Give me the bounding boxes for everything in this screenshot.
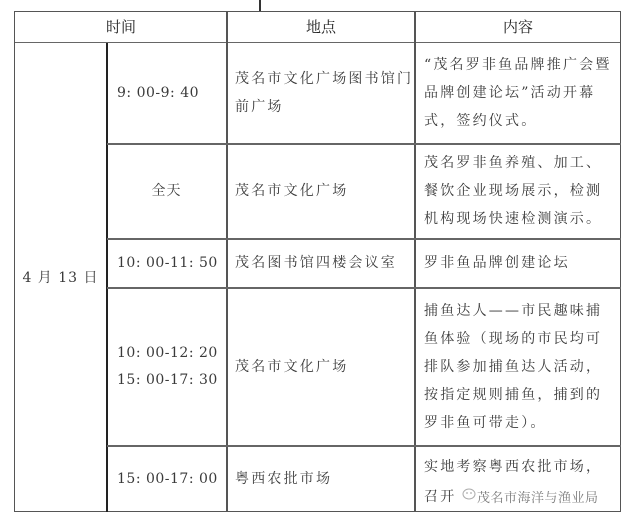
time-text: 10: 00-11: 50 bbox=[117, 250, 218, 277]
table-row-1-time: 9: 00-9: 40 bbox=[107, 43, 226, 143]
time-text: 9: 00-9: 40 bbox=[117, 80, 199, 107]
header-place: 地点 bbox=[227, 12, 415, 42]
content-text: 茂名罗非鱼养殖、加工、餐饮企业现场展示，检测机构现场快速检测演示。 bbox=[424, 149, 613, 233]
wechat-logo-icon bbox=[462, 486, 478, 502]
watermark-text: 茂名市海洋与渔业局 bbox=[477, 487, 599, 506]
table-row-1-content: “茂名罗非鱼品牌推广会暨品牌创建论坛”活动开幕式，签约仪式。 bbox=[415, 43, 621, 143]
table-row-3-content: 罗非鱼品牌创建论坛 bbox=[415, 239, 621, 287]
date-cell: 4 月 13 日 bbox=[15, 43, 106, 512]
place-text: 茂名市文化广场图书馆门前广场 bbox=[235, 65, 414, 121]
time-text-1: 10: 00-12: 20 bbox=[117, 340, 218, 367]
header-time: 时间 bbox=[15, 12, 227, 42]
place-text: 茂名市文化广场 bbox=[235, 177, 348, 205]
table-row-3-time: 10: 00-11: 50 bbox=[107, 239, 226, 287]
table-row-5-time: 15: 00-17: 00 bbox=[107, 446, 226, 512]
place-text: 茂名图书馆四楼会议室 bbox=[235, 249, 397, 277]
event-schedule-table: 时间 地点 内容 4 月 13 日 9: 00-9: 40 茂名市文化广场图书馆… bbox=[14, 11, 621, 512]
time-text-2: 15: 00-17: 30 bbox=[117, 367, 218, 394]
table-row-5-place: 粤西农批市场 bbox=[227, 446, 414, 512]
table-row-4-time: 10: 00-12: 20 15: 00-17: 30 bbox=[107, 288, 226, 445]
table-header-row: 时间 地点 内容 bbox=[15, 12, 620, 43]
table-row-3-place: 茂名图书馆四楼会议室 bbox=[227, 239, 414, 287]
table-row-4-place: 茂名市文化广场 bbox=[227, 288, 414, 445]
table-row-2-place: 茂名市文化广场 bbox=[227, 144, 414, 238]
content-text-line-1: 实地考察粤西农批市场， bbox=[424, 452, 602, 482]
date-text: 4 月 13 日 bbox=[22, 264, 98, 292]
place-text: 茂名市文化广场 bbox=[235, 353, 348, 381]
table-row-4-content: 捕鱼达人——市民趣味捕鱼体验（现场的市民均可排队参加捕鱼达人活动，按指定规则捕鱼… bbox=[415, 288, 621, 445]
content-text: 捕鱼达人——市民趣味捕鱼体验（现场的市民均可排队参加捕鱼达人活动，按指定规则捕鱼… bbox=[424, 297, 613, 437]
table-row-2-time: 全天 bbox=[107, 144, 226, 238]
time-text: 15: 00-17: 00 bbox=[117, 466, 218, 493]
time-text: 全天 bbox=[152, 177, 182, 205]
table-row-2-content: 茂名罗非鱼养殖、加工、餐饮企业现场展示，检测机构现场快速检测演示。 bbox=[415, 144, 621, 238]
table-row-1-place: 茂名市文化广场图书馆门前广场 bbox=[227, 43, 414, 143]
content-text: “茂名罗非鱼品牌推广会暨品牌创建论坛”活动开幕式，签约仪式。 bbox=[424, 51, 613, 135]
place-text: 粤西农批市场 bbox=[235, 465, 332, 493]
content-text: 罗非鱼品牌创建论坛 bbox=[424, 249, 570, 277]
header-content: 内容 bbox=[415, 12, 621, 42]
